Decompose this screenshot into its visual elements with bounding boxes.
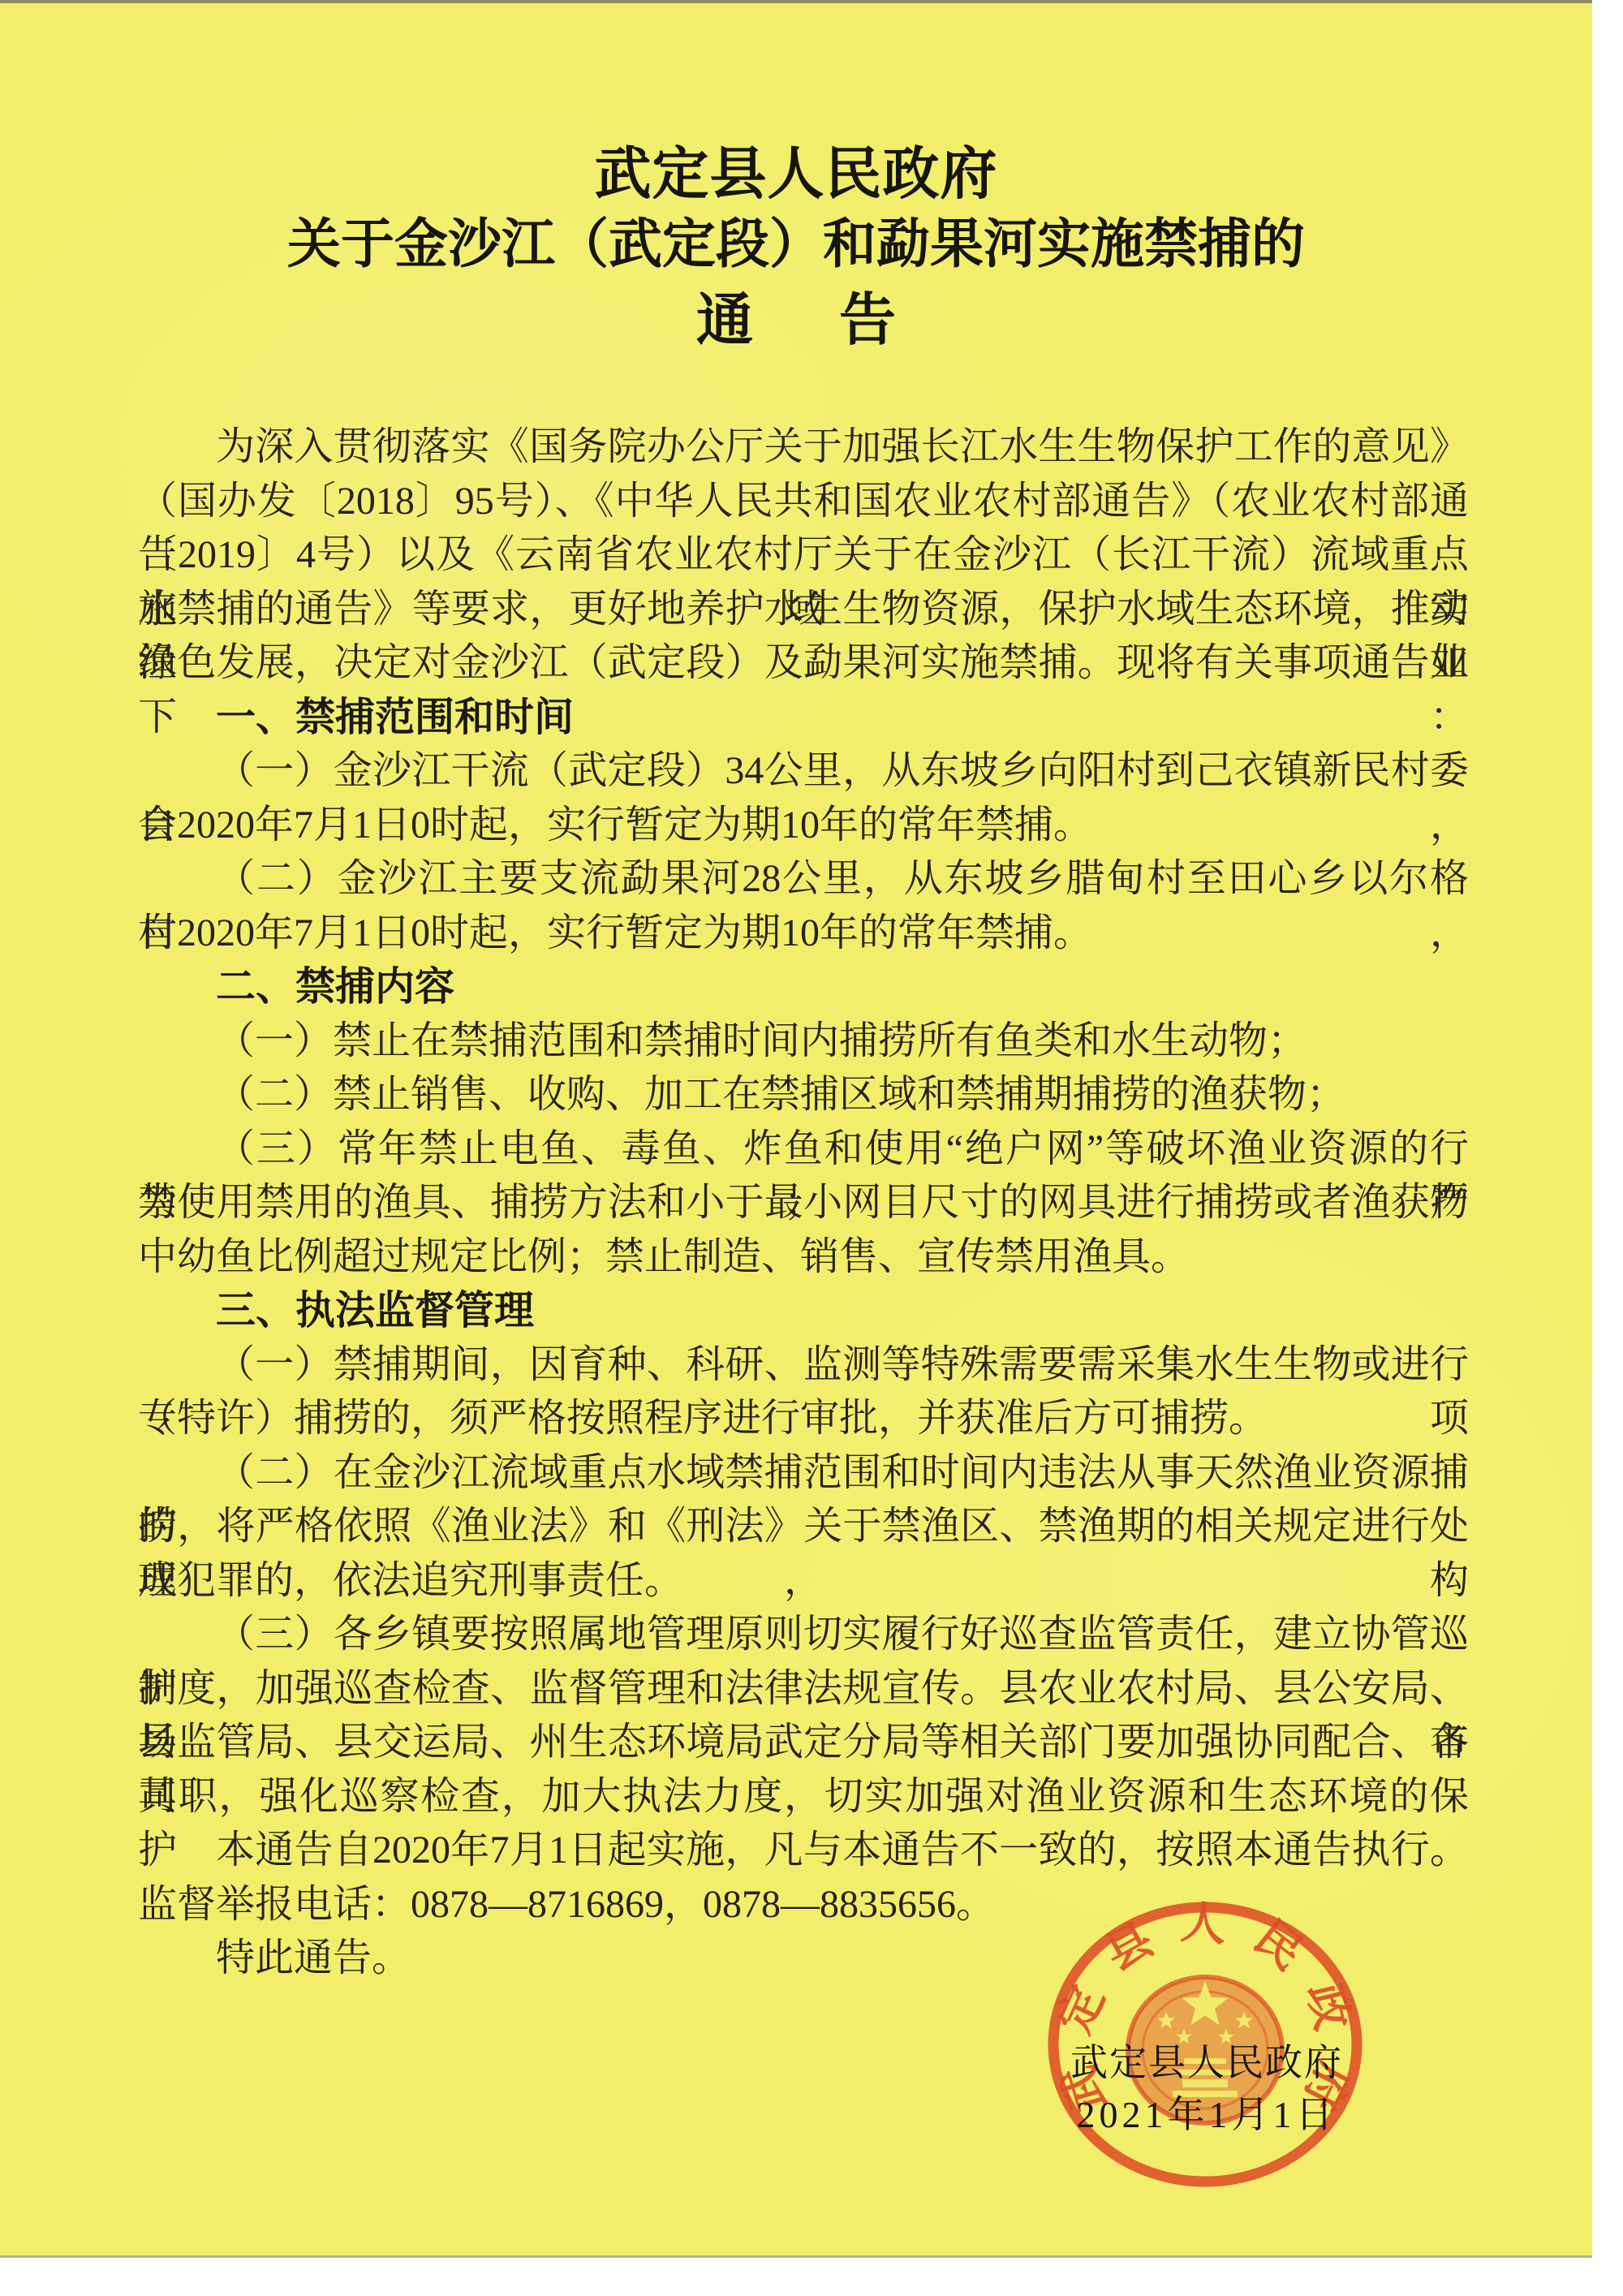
body-line: （一）金沙江干流（武定段）34公里，从东坡乡向阳村到己衣镇新民村委会， <box>138 744 1469 799</box>
signature-date: 2021年1月1日 <box>1077 2091 1337 2139</box>
body-line: 绿色发展，决定对金沙江（武定段）及勐果河实施禁捕。现将有关事项通告如下： <box>138 636 1469 691</box>
notice-paper: 武定县人民政府 关于金沙江（武定段）和勐果河实施禁捕的 通 告 为深入贯彻落实《… <box>0 0 1592 2258</box>
notice-body: 为深入贯彻落实《国务院办公厅关于加强长江水生生物保护工作的意见》（国办发〔201… <box>138 420 1469 1986</box>
notice-subject-title: 关于金沙江（武定段）和勐果河实施禁捕的 <box>0 214 1592 276</box>
body-line: 为深入贯彻落实《国务院办公厅关于加强长江水生生物保护工作的意见》 <box>138 420 1469 475</box>
body-line: （二）在金沙江流域重点水域禁捕范围和时间内违法从事天然渔业资源捕捞 <box>138 1446 1469 1501</box>
body-line: 禁使用禁用的渔具、捕捞方法和小于最小网目尺寸的网具进行捕捞或者渔获物 <box>138 1176 1469 1230</box>
scan-top-edge <box>0 0 1592 3</box>
scan-bottom-margin <box>0 2258 1592 2296</box>
body-line: 场监管局、县交运局、州生态环境局武定分局等相关部门要加强协同配合、各司 <box>138 1716 1469 1770</box>
scan-right-margin <box>1592 0 1623 2296</box>
body-line: 本通告自2020年7月1日起实施，凡与本通告不一致的，按照本通告执行。 <box>138 1824 1469 1878</box>
scanned-government-notice: 武定县人民政府 关于金沙江（武定段）和勐果河实施禁捕的 通 告 为深入贯彻落实《… <box>0 0 1623 2296</box>
body-line: （一）禁止在禁捕范围和禁捕时间内捕捞所有鱼类和水生动物； <box>138 1014 1469 1069</box>
body-line: （三）常年禁止电鱼、毒鱼、炸鱼和使用“绝户网”等破坏渔业资源的行为；严 <box>138 1122 1469 1177</box>
body-line: （二）金沙江主要支流勐果河28公里，从东坡乡腊甸村至田心乡以尔格村， <box>138 852 1469 907</box>
notice-type-char-1: 通 <box>696 291 753 352</box>
body-line: 〔2019〕4号）以及《云南省农业农村厅关于在金沙江（长江干流）流域重点水域实 <box>138 528 1469 583</box>
body-line: 中幼鱼比例超过规定比例；禁止制造、销售、宣传禁用渔具。 <box>138 1230 1469 1285</box>
body-line: 的，将严格依照《渔业法》和《刑法》关于禁渔区、禁渔期的相关规定进行处理，构 <box>138 1500 1469 1554</box>
body-line: 三、执法监督管理 <box>138 1284 1469 1338</box>
body-line: （国办发〔2018〕95号）、《中华人民共和国农业农村部通告》（农业农村部通告 <box>138 475 1469 529</box>
notice-type-title: 通 告 <box>0 291 1592 352</box>
body-line: 二、禁捕内容 <box>138 960 1469 1014</box>
body-line: （三）各乡镇要按照属地管理原则切实履行好巡查监管责任，建立协管巡护 <box>138 1608 1469 1662</box>
body-line: 制度，加强巡查检查、监督管理和法律法规宣传。县农业农村局、县公安局、县市 <box>138 1662 1469 1717</box>
body-line: （一）禁捕期间，因育种、科研、监测等特殊需要需采集水生生物或进行专项 <box>138 1338 1469 1393</box>
notice-issuer-title: 武定县人民政府 <box>0 144 1592 206</box>
body-line: 施禁捕的通告》等要求，更好地养护水生生物资源，保护水域生态环境，推动渔业 <box>138 583 1469 637</box>
signature-government: 武定县人民政府 <box>1070 2039 1343 2087</box>
notice-type-char-2: 告 <box>839 291 896 352</box>
body-line: （二）禁止销售、收购、加工在禁捕区域和禁捕期捕捞的渔获物； <box>138 1068 1469 1122</box>
body-line: 其职，强化巡察检查，加大执法力度，切实加强对渔业资源和生态环境的保护。 <box>138 1770 1469 1824</box>
